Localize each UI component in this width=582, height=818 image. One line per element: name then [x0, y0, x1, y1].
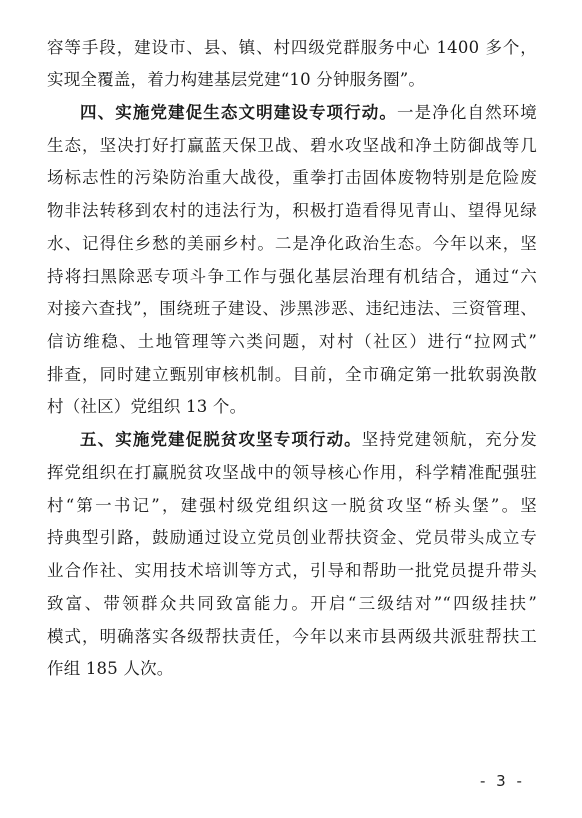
body-line: 致富、带领群众共同致富能力。开启“三级结对”“四级挂扶” [47, 593, 537, 615]
body-line: 信访维稳、土地管理等六类问题，对村（社区）进行“拉网式” [47, 331, 537, 353]
body-line: 村（社区）党组织 13 个。 [47, 396, 537, 418]
body-line: 容等手段，建设市、县、镇、村四级党群服务中心 1400 多个， [47, 37, 537, 59]
section-five-line: 五、实施党建促脱贫攻坚专项行动。坚持党建领航，充分发 [80, 429, 537, 451]
body-line: 物非法转移到农村的违法行为，积极打造看得见青山、望得见绿 [47, 200, 537, 222]
body-line: 生态，坚决打好打赢蓝天保卫战、碧水攻坚战和净土防御战等几 [47, 135, 537, 157]
body-line: 业合作社、实用技术培训等方式，引导和帮助一批党员提升带头 [47, 560, 537, 582]
section-heading-four: 四、实施党建促生态文明建设专项行动。 [80, 103, 397, 122]
body-line: 挥党组织在打赢脱贫攻坚战中的领导核心作用，科学精准配强驻 [47, 462, 537, 484]
body-line: 场标志性的污染防治重大战役，重拳打击固体废物特别是危险废 [47, 167, 537, 189]
body-line: 排查，同时建立甄别审核机制。目前，全市确定第一批软弱涣散 [47, 364, 537, 386]
body-text: 一是净化自然环境 [397, 103, 537, 122]
body-line: 村“第一书记”，建强村级党组织这一脱贫攻坚“桥头堡”。坚 [47, 495, 537, 517]
section-four-line: 四、实施党建促生态文明建设专项行动。一是净化自然环境 [80, 102, 537, 124]
section-heading-five: 五、实施党建促脱贫攻坚专项行动。 [80, 430, 362, 449]
body-text: 坚持党建领航，充分发 [362, 430, 537, 449]
body-line: 实现全覆盖，着力构建基层党建“10 分钟服务圈”。 [47, 69, 537, 91]
document-page: 容等手段，建设市、县、镇、村四级党群服务中心 1400 多个， 实现全覆盖，着力… [0, 0, 582, 818]
body-line: 对接六查找”，围绕班子建设、涉黑涉恶、违纪违法、三资管理、 [47, 298, 537, 320]
body-line: 作组 185 人次。 [47, 658, 537, 680]
body-line: 持典型引路，鼓励通过设立党员创业帮扶资金、党员带头成立专 [47, 527, 537, 549]
page-number: - 3 - [480, 772, 525, 790]
body-line: 模式，明确落实各级帮扶责任，今年以来市县两级共派驻帮扶工 [47, 626, 537, 648]
body-line: 持将扫黑除恶专项斗争工作与强化基层治理有机结合，通过“六 [47, 266, 537, 288]
body-line: 水、记得住乡愁的美丽乡村。二是净化政治生态。今年以来，坚 [47, 233, 537, 255]
